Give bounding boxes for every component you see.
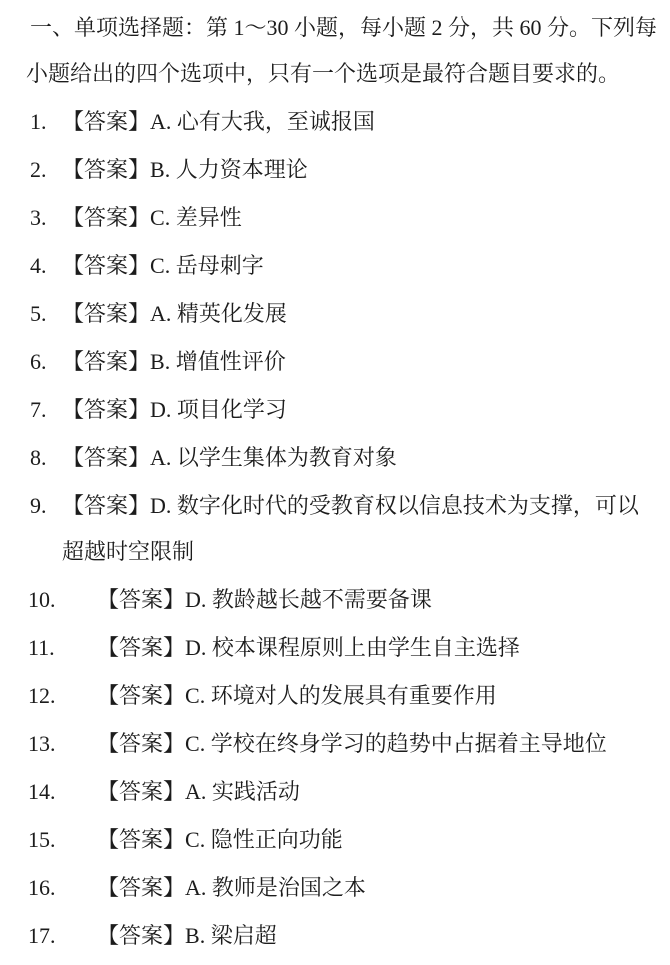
answer-number: 2. <box>26 147 62 193</box>
answer-label: 【答案】 <box>62 493 150 518</box>
answer-item: 10. 【答案】D. 教龄越长越不需要备课 <box>26 577 642 623</box>
section-header-line2: 小题给出的四个选项中，只有一个选项是最符合题目要求的。 <box>26 51 642 97</box>
answer-label: 【答案】 <box>62 205 150 230</box>
answer-content: 【答案】D. 项目化学习 <box>62 387 642 433</box>
answer-item: 6. 【答案】B. 增值性评价 <box>26 339 642 385</box>
answer-label: 【答案】 <box>62 109 150 134</box>
answer-item: 12. 【答案】C. 环境对人的发展具有重要作用 <box>26 673 642 719</box>
answer-list: 1. 【答案】A. 心有大我，至诚报国 2. 【答案】B. 人力资本理论 3. … <box>26 99 642 959</box>
answer-item: 3. 【答案】C. 差异性 <box>26 195 642 241</box>
answer-number: 13. <box>26 721 97 767</box>
answer-text: C. 环境对人的发展具有重要作用 <box>185 683 497 708</box>
answer-label: 【答案】 <box>97 875 185 900</box>
answer-label: 【答案】 <box>62 157 150 182</box>
answer-text: B. 人力资本理论 <box>150 157 308 182</box>
answer-number: 3. <box>26 195 62 241</box>
answer-text: A. 精英化发展 <box>150 301 287 326</box>
answer-item: 14. 【答案】A. 实践活动 <box>26 769 642 815</box>
answer-content: 【答案】C. 环境对人的发展具有重要作用 <box>97 673 642 719</box>
section-header: 一、单项选择题：第 1～30 小题，每小题 2 分，共 60 分。下列每 小题给… <box>26 5 642 97</box>
answer-text: B. 增值性评价 <box>150 349 286 374</box>
answer-content: 【答案】C. 岳母刺字 <box>62 243 642 289</box>
answer-text: D. 教龄越长越不需要备课 <box>185 587 432 612</box>
answer-item: 1. 【答案】A. 心有大我，至诚报国 <box>26 99 642 145</box>
answer-number: 9. <box>26 483 62 529</box>
answer-label: 【答案】 <box>97 587 185 612</box>
answer-content: 【答案】D. 校本课程原则上由学生自主选择 <box>97 625 642 671</box>
section-header-line1: 一、单项选择题：第 1～30 小题，每小题 2 分，共 60 分。下列每 <box>26 5 642 51</box>
answer-text: B. 梁启超 <box>185 923 277 948</box>
answer-label: 【答案】 <box>62 349 150 374</box>
answer-content: 【答案】C. 隐性正向功能 <box>97 817 642 863</box>
answer-content: 【答案】A. 精英化发展 <box>62 291 642 337</box>
answer-number: 4. <box>26 243 62 289</box>
answer-text: C. 隐性正向功能 <box>185 827 343 852</box>
document-page: 一、单项选择题：第 1～30 小题，每小题 2 分，共 60 分。下列每 小题给… <box>0 0 670 965</box>
answer-item: 5. 【答案】A. 精英化发展 <box>26 291 642 337</box>
answer-item: 16. 【答案】A. 教师是治国之本 <box>26 865 642 911</box>
answer-content: 【答案】A. 心有大我，至诚报国 <box>62 99 642 145</box>
answer-content: 【答案】A. 以学生集体为教育对象 <box>62 435 642 481</box>
answer-number: 15. <box>26 817 97 863</box>
answer-text: D. 校本课程原则上由学生自主选择 <box>185 635 520 660</box>
answer-label: 【答案】 <box>97 635 185 660</box>
answer-content: 【答案】A. 教师是治国之本 <box>97 865 642 911</box>
answer-label: 【答案】 <box>97 683 185 708</box>
answer-number: 11. <box>26 625 97 671</box>
answer-item: 17. 【答案】B. 梁启超 <box>26 913 642 959</box>
answer-number: 14. <box>26 769 97 815</box>
answer-number: 6. <box>26 339 62 385</box>
answer-number: 8. <box>26 435 62 481</box>
answer-text: A. 实践活动 <box>185 779 300 804</box>
answer-label: 【答案】 <box>97 731 185 756</box>
answer-number: 10. <box>26 577 97 623</box>
answer-item: 8. 【答案】A. 以学生集体为教育对象 <box>26 435 642 481</box>
answer-item: 15. 【答案】C. 隐性正向功能 <box>26 817 642 863</box>
answer-text: D. 项目化学习 <box>150 397 287 422</box>
answer-text: A. 教师是治国之本 <box>185 875 366 900</box>
answer-text: C. 岳母刺字 <box>150 253 264 278</box>
answer-content: 【答案】D. 教龄越长越不需要备课 <box>97 577 642 623</box>
answer-label: 【答案】 <box>97 923 185 948</box>
answer-label: 【答案】 <box>62 397 150 422</box>
answer-item: 11. 【答案】D. 校本课程原则上由学生自主选择 <box>26 625 642 671</box>
answer-item: 9. 【答案】D. 数字化时代的受教育权以信息技术为支撑，可以超越时空限制 <box>26 483 642 575</box>
answer-item: 13. 【答案】C. 学校在终身学习的趋势中占据着主导地位 <box>26 721 642 767</box>
answer-content: 【答案】B. 增值性评价 <box>62 339 642 385</box>
answer-number: 12. <box>26 673 97 719</box>
answer-text: A. 以学生集体为教育对象 <box>150 445 397 470</box>
answer-label: 【答案】 <box>62 301 150 326</box>
answer-label: 【答案】 <box>62 445 150 470</box>
answer-text: C. 差异性 <box>150 205 242 230</box>
answer-content: 【答案】B. 人力资本理论 <box>62 147 642 193</box>
answer-content: 【答案】C. 差异性 <box>62 195 642 241</box>
answer-number: 16. <box>26 865 97 911</box>
answer-label: 【答案】 <box>97 779 185 804</box>
answer-item: 2. 【答案】B. 人力资本理论 <box>26 147 642 193</box>
answer-label: 【答案】 <box>62 253 150 278</box>
answer-number: 17. <box>26 913 97 959</box>
answer-content: 【答案】C. 学校在终身学习的趋势中占据着主导地位 <box>97 721 642 767</box>
answer-number: 5. <box>26 291 62 337</box>
answer-content: 【答案】A. 实践活动 <box>97 769 642 815</box>
answer-item: 7. 【答案】D. 项目化学习 <box>26 387 642 433</box>
answer-label: 【答案】 <box>97 827 185 852</box>
answer-content: 【答案】D. 数字化时代的受教育权以信息技术为支撑，可以超越时空限制 <box>62 483 642 575</box>
answer-text: C. 学校在终身学习的趋势中占据着主导地位 <box>185 731 607 756</box>
answer-number: 1. <box>26 99 62 145</box>
answer-item: 4. 【答案】C. 岳母刺字 <box>26 243 642 289</box>
answer-content: 【答案】B. 梁启超 <box>97 913 642 959</box>
answer-number: 7. <box>26 387 62 433</box>
answer-text: A. 心有大我，至诚报国 <box>150 109 375 134</box>
